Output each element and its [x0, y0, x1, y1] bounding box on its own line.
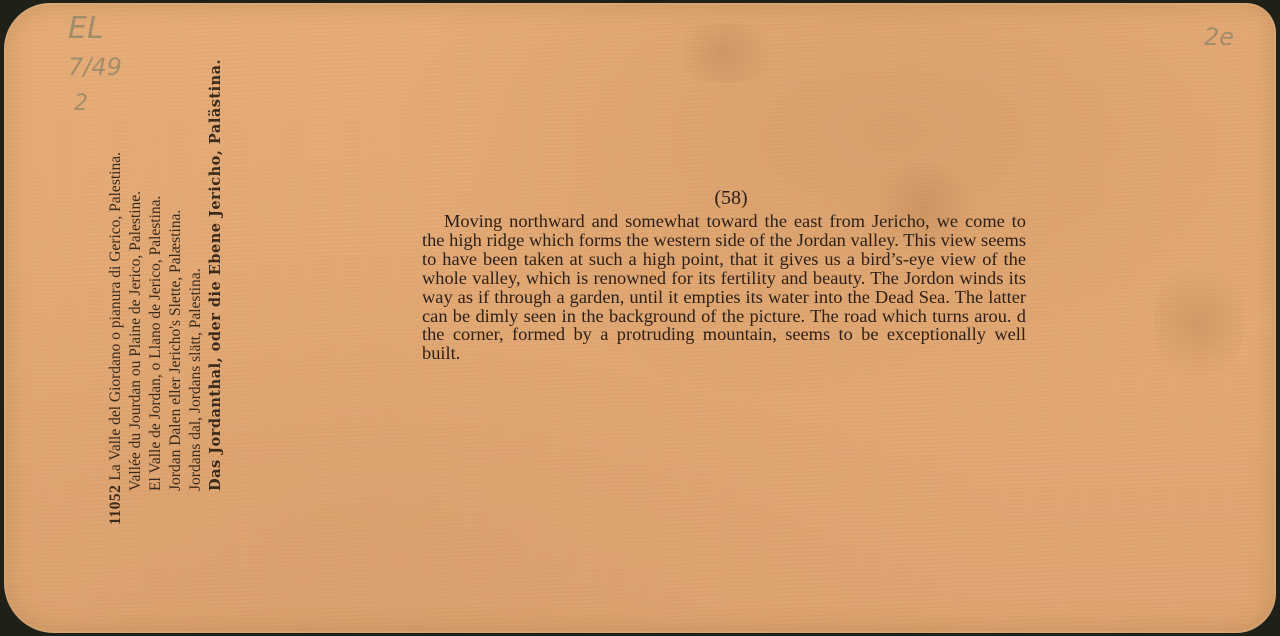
pencil-note-number: 2	[74, 91, 88, 116]
caption-italian: 11052La Valle del Giordano o pianura di …	[106, 65, 126, 525]
caption-spanish: El Valle de Jordan, o Llano de Jerico, P…	[146, 65, 166, 525]
view-number: (58)	[422, 187, 1026, 210]
caption-german: Das Jordanthal, oder die Ebene Jericho, …	[206, 65, 226, 525]
description-block: (58) Moving northward and somewhat towar…	[422, 187, 1026, 363]
stereoview-card: EL 7/49 2 2e 11052La Valle del Giordano …	[4, 3, 1276, 633]
description-text: Moving northward and somewhat toward the…	[422, 212, 1026, 363]
multilingual-caption: 11052La Valle del Giordano o pianura di …	[106, 65, 286, 525]
pencil-note-initials: EL	[68, 11, 104, 46]
stain	[1154, 253, 1244, 393]
caption-french: Vallée du Jourdan ou Plaine de Jerico, P…	[126, 65, 146, 525]
catalog-number: 11052	[107, 485, 124, 525]
pencil-note-corner: 2e	[1204, 23, 1234, 51]
caption-danish: Jordan Dalen eller Jericho's Slette, Pal…	[166, 65, 186, 525]
stain	[664, 23, 784, 83]
caption-swedish: Jordans dal, Jordans slätt, Palestina.	[186, 65, 206, 525]
